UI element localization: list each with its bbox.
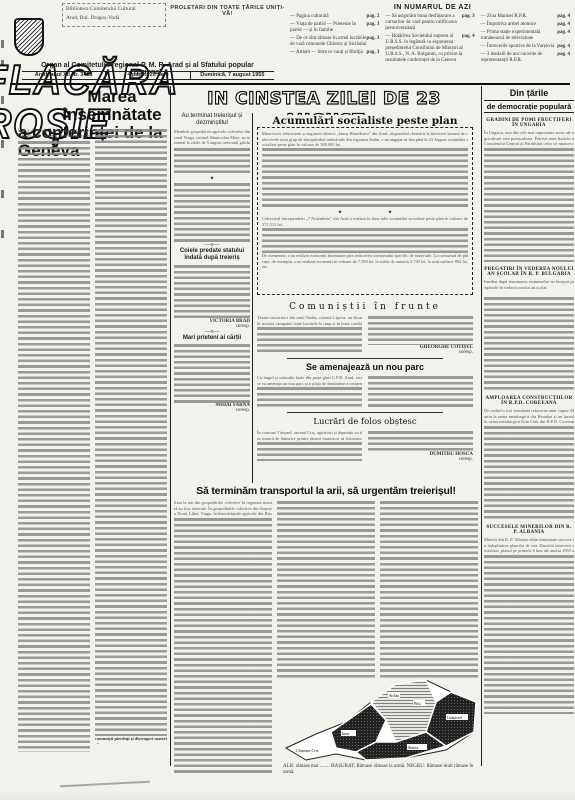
toc-item-page: pag. 3	[462, 14, 475, 20]
right-news-item: AMPLOAREA CONSTRUCȚIILOR ÎN R.P.D. COREE…	[484, 396, 574, 520]
treier-title: Au terminat treierișul și dezmiriștitul	[174, 113, 250, 127]
toc-item-text: — Împotriva armei atomice	[481, 22, 537, 27]
toc-column: pag. 3— Să asigurăm buna desfășurare a c…	[385, 14, 474, 66]
text-lines	[95, 128, 167, 736]
lucrari-title: Lucrări de folos obștesc	[257, 417, 473, 427]
toc-item[interactable]: pag. 3— Artiștii — între ce cauți și fib…	[290, 50, 379, 56]
text-lines	[484, 425, 574, 520]
toc-item[interactable]: pag. 3— De ce sînt rămase în urmă lucrăr…	[290, 36, 379, 48]
toc-item-page: pag. 3	[367, 22, 380, 28]
toc-item[interactable]: pag. 2— Pagina culturală	[290, 14, 379, 20]
text-lines	[368, 430, 473, 452]
print-artifact	[60, 781, 150, 788]
divider	[287, 412, 443, 413]
acumulari-title: Acumulări socialiste peste plan	[262, 115, 468, 127]
text-lines	[257, 386, 362, 408]
text-lines	[174, 264, 250, 319]
toc-title: IN NUMARUL DE AZI	[290, 4, 575, 11]
toc-item-text: — Pagina culturală	[290, 14, 329, 19]
right-news-body: De curînd a fost terminată refacerea unu…	[484, 408, 574, 425]
transport-title: Să terminăm transportul la arii, să urge…	[174, 485, 478, 497]
toc-column: pag. 4— Ziua Marinei R.P.R.pag. 4— Împot…	[481, 14, 570, 66]
column-divider	[252, 113, 253, 483]
comunistii-article: Comuniștii în frunte Țăranii muncitori d…	[257, 302, 473, 462]
prieteni-title: Mari prieteni ai cărții	[174, 335, 250, 341]
toc-item-text: — Viața de partid — Prietenie în partid …	[290, 22, 356, 33]
acumulari-body2: Colectivul întreprinderii „7 Noiembrie” …	[262, 216, 468, 227]
svg-text:Pilu: Pilu	[414, 701, 420, 706]
right-news-title: GRADINI DE POMI FRUCTIFERI ÎN UNGARIA	[484, 118, 574, 128]
acumulari-body: Muncitorii, tehnicienii și inginerii fab…	[262, 131, 468, 147]
text-lines	[174, 147, 250, 175]
right-news-item: PREGATIRI ÎN VEDEREA NOULUI AN ȘCOLAR ÎN…	[484, 267, 574, 391]
toc-item[interactable]: pag. 3— Viața de partid — Prietenie în p…	[290, 22, 379, 34]
text-lines	[277, 500, 375, 678]
toc-item-text: — Ziua Marinei R.P.R.	[481, 14, 527, 19]
map-caption: ALB: rămase mai ........ HAȘURAT: Rămase…	[283, 764, 478, 776]
toc-item-page: pag. 3	[367, 50, 380, 56]
toc-item[interactable]: pag. 4— Prima stație experimentală român…	[481, 30, 570, 42]
table-of-contents: pag. 2— Pagina culturalăpag. 3— Viața de…	[290, 14, 570, 66]
banner-headline: IN CINSTEA ZILEI DE 23 AUGUST	[172, 88, 476, 110]
text-lines	[174, 517, 272, 774]
text-lines	[380, 500, 478, 678]
toc-item-text: — Hotărîrea Sovietului suprem al U.R.S.S…	[385, 34, 463, 63]
masthead-rule	[10, 83, 570, 85]
lead-body-col2: comuniști pierduți și distrugeri materia…	[95, 128, 167, 744]
toc-item[interactable]: pag. 4— Întrecerile sportive de la Varșo…	[481, 44, 570, 50]
right-news-item: SUCCESELE MINERILOR DIN R. P. ALBANIAMin…	[484, 525, 574, 714]
text-lines	[262, 227, 468, 253]
text-lines	[484, 147, 574, 262]
treier-body: Membrii gospodăriei agricole colective d…	[174, 129, 250, 147]
right-news-body: Minerii din R. P. Albania obțin însemnat…	[484, 537, 574, 554]
newspaper-page: Biblioteca Comitetului Cultural Arad, Bu…	[0, 0, 575, 800]
toc-item-text: — Să asigurăm buna desfășurare a cursuri…	[385, 14, 456, 31]
text-lines	[484, 554, 574, 714]
lucrari-role: coresp.	[368, 457, 473, 462]
toc-item-page: pag. 4	[557, 52, 570, 58]
text-lines	[484, 296, 574, 391]
column-divider	[481, 86, 482, 766]
toc-column: pag. 2— Pagina culturalăpag. 3— Viața de…	[290, 14, 379, 66]
toc-item[interactable]: pag. 4— Împotriva armei atomice	[481, 22, 570, 28]
coiele-title: Coiele predate statului îndată după trei…	[174, 248, 250, 262]
toc-item-text: — Întrecerile sportive de la Varșovia	[481, 44, 555, 49]
toc-item-text: — De ce sînt rămase în urmă lucrările de…	[290, 36, 367, 47]
parc-body: Cu largul și măsurile luate din piața gă…	[257, 375, 362, 386]
svg-text:Siclău: Siclău	[389, 693, 399, 698]
treier-article: Au terminat treierișul și dezmiriștitul …	[174, 113, 250, 413]
page-edge	[0, 790, 575, 800]
transport-body: Ziua la arii din gospodăriile colective …	[174, 500, 272, 517]
svg-text:Ineu: Ineu	[342, 731, 349, 736]
right-news-title: SUCCESELE MINERILOR DIN R. P. ALBANIA	[484, 525, 574, 535]
toc-item-page: pag. 4	[557, 22, 570, 28]
lead-body-col1: Între 4 și 5 august s-au desfășurat lucr…	[18, 128, 90, 752]
pages-price: 4 pagini 20 bani	[106, 72, 190, 79]
prieteni-role: coresp.	[174, 408, 250, 413]
svg-text:Grăniceri: Grăniceri	[447, 715, 463, 720]
lead-body-text: Între 4 și 5 august s-au desfășurat lucr…	[18, 128, 90, 138]
right-news-body: În Ungaria, una din cele mai importante …	[484, 130, 574, 147]
svg-text:Chișineu-Criș: Chișineu-Criș	[296, 748, 319, 753]
comunistii-body: Țăranii muncitori din satul Nadăș, raion…	[257, 315, 362, 326]
raion-map-illustration: Siclău Pilu Grăniceri Sintea Ineu Chișin…	[276, 672, 481, 764]
right-news-title: AMPLOAREA CONSTRUCȚIILOR ÎN R.P.D. COREE…	[484, 396, 574, 406]
comunistii-role: coresp.	[368, 350, 473, 355]
toc-item[interactable]: pag. 3— Să asigurăm buna desfășurare a c…	[385, 14, 474, 32]
right-heading-1: Din țările	[484, 88, 574, 98]
text-lines	[174, 182, 250, 242]
comunistii-title: Comuniștii în frunte	[257, 302, 473, 312]
toc-item[interactable]: pag. 4— 3 medalii de aur cucerite de rep…	[481, 52, 570, 64]
toc-item-text: — 3 medalii de aur cucerite de reprezent…	[481, 52, 543, 63]
right-news-item: GRADINI DE POMI FRUCTIFERI ÎN UNGARIAÎn …	[484, 118, 574, 262]
text-lines	[368, 315, 473, 345]
lucrari-body: În comuna Vărșand, raionul Criș, agitato…	[257, 430, 362, 441]
separator-star: ✦	[174, 175, 250, 182]
toc-item[interactable]: pag. 4— Ziua Marinei R.P.R.	[481, 14, 570, 20]
newspaper-title: FFLACĂRA ROȘIE	[12, 14, 282, 58]
toc-item-text: — Artiștii — între ce cauți și fibrilja	[290, 50, 363, 55]
acumulari-box: Acumulări socialiste peste plan Muncitor…	[257, 127, 473, 295]
text-lines	[174, 343, 250, 403]
text-lines	[18, 140, 90, 752]
text-lines	[368, 375, 473, 408]
text-lines	[262, 147, 468, 209]
toc-item-page: pag. 3	[367, 36, 380, 42]
right-news-body: Imediat după terminarea examenelor au în…	[484, 279, 574, 296]
toc-item-page: pag. 4	[557, 44, 570, 50]
issue-date: Duminică, 7 august 1955	[191, 72, 274, 79]
toc-item-page: pag. 2	[367, 14, 380, 20]
stamp-line: Biblioteca Comitetului Cultural	[66, 5, 162, 14]
parc-title: Se amenajează un nou parc	[257, 362, 473, 372]
toc-item[interactable]: pag. 4— Hotărîrea Sovietului suprem al U…	[385, 34, 474, 64]
issue-info-bar: Arad, anul XII Nr. 3423 4 pagini 20 bani…	[22, 71, 274, 80]
divider	[287, 358, 443, 359]
issue-number: Arad, anul XII Nr. 3423	[22, 72, 106, 79]
separator-stars: ✦ ✦	[262, 209, 468, 216]
text-lines	[257, 441, 362, 461]
toc-item-page: pag. 4	[557, 14, 570, 20]
lead-title-line1: Marea însemnătate	[42, 88, 182, 124]
toc-item-page: pag. 4	[557, 30, 570, 36]
right-heading-2: de democrație populară	[484, 100, 574, 113]
svg-text:Sintea: Sintea	[408, 745, 418, 750]
right-news-title: PREGATIRI ÎN VEDEREA NOULUI AN ȘCOLAR ÎN…	[484, 267, 574, 277]
lead-body-end: comuniști pierduți și distrugeri materia…	[95, 736, 167, 744]
acumulari-body3: De asemenea, s-au realizat economii înse…	[262, 253, 468, 270]
toc-item-text: — Prima stație experimentală românească …	[481, 30, 541, 41]
toc-item-page: pag. 4	[462, 34, 475, 40]
column-divider	[170, 86, 171, 766]
right-column: Din țările de democrație populară GRADIN…	[484, 88, 574, 714]
text-lines	[257, 326, 362, 352]
